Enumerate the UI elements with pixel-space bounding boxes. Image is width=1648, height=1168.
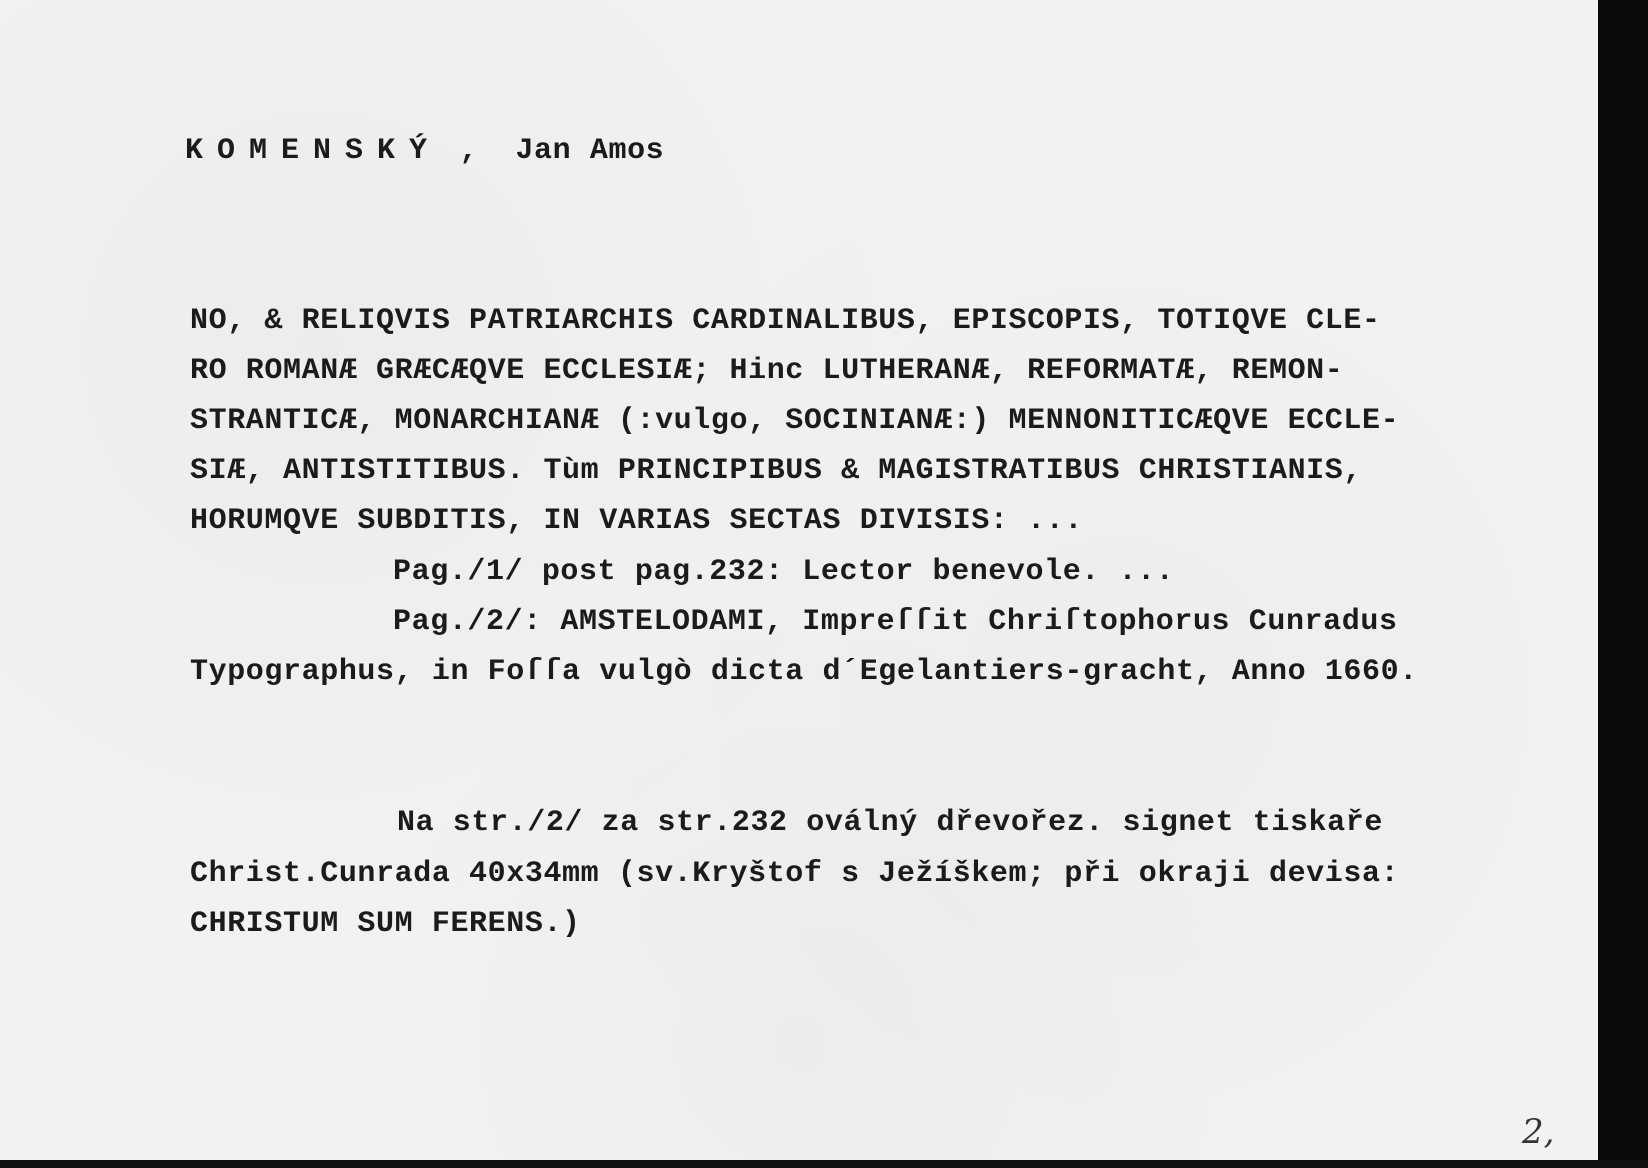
author-surname: KOMENSKÝ (185, 134, 441, 168)
author-given-names: Jan Amos (515, 134, 664, 168)
title-line: RO ROMANÆ GRÆCÆQVE ECCLESIÆ; Hinc LUTHER… (190, 356, 1343, 386)
title-line: NO, & RELIQVIS PATRIARCHIS CARDINALIBUS,… (190, 306, 1381, 336)
scan-border-right (1598, 0, 1648, 1168)
scan-border-bottom (0, 1160, 1648, 1168)
author-heading: KOMENSKÝ , Jan Amos (185, 136, 664, 166)
annotation-line: CHRISTUM SUM FERENS.) (190, 909, 581, 939)
title-line: SIÆ, ANTISTITIBUS. Tùm PRINCIPIBUS & MAG… (190, 456, 1362, 486)
page-note: Pag./2/: AMSTELODAMI, Impreſſit Chriſtop… (393, 607, 1398, 637)
page-note: Pag./1/ post pag.232: Lector benevole. .… (393, 557, 1174, 587)
heading-separator: , (441, 134, 515, 168)
page-note: Typographus, in Foſſa vulgò dicta d´Egel… (190, 657, 1418, 687)
catalog-card: KOMENSKÝ , Jan Amos NO, & RELIQVIS PATRI… (0, 0, 1598, 1160)
annotation-line: Christ.Cunrada 40x34mm (sv.Kryštof s Jež… (190, 859, 1399, 889)
handwritten-card-number: 2, (1522, 1112, 1554, 1152)
title-line: HORUMQVE SUBDITIS, IN VARIAS SECTAS DIVI… (190, 506, 1083, 536)
title-line: STRANTICÆ, MONARCHIANÆ (:vulgo, SOCINIAN… (190, 406, 1399, 436)
annotation-line: Na str./2/ za str.232 oválný dřevořez. s… (397, 808, 1383, 838)
